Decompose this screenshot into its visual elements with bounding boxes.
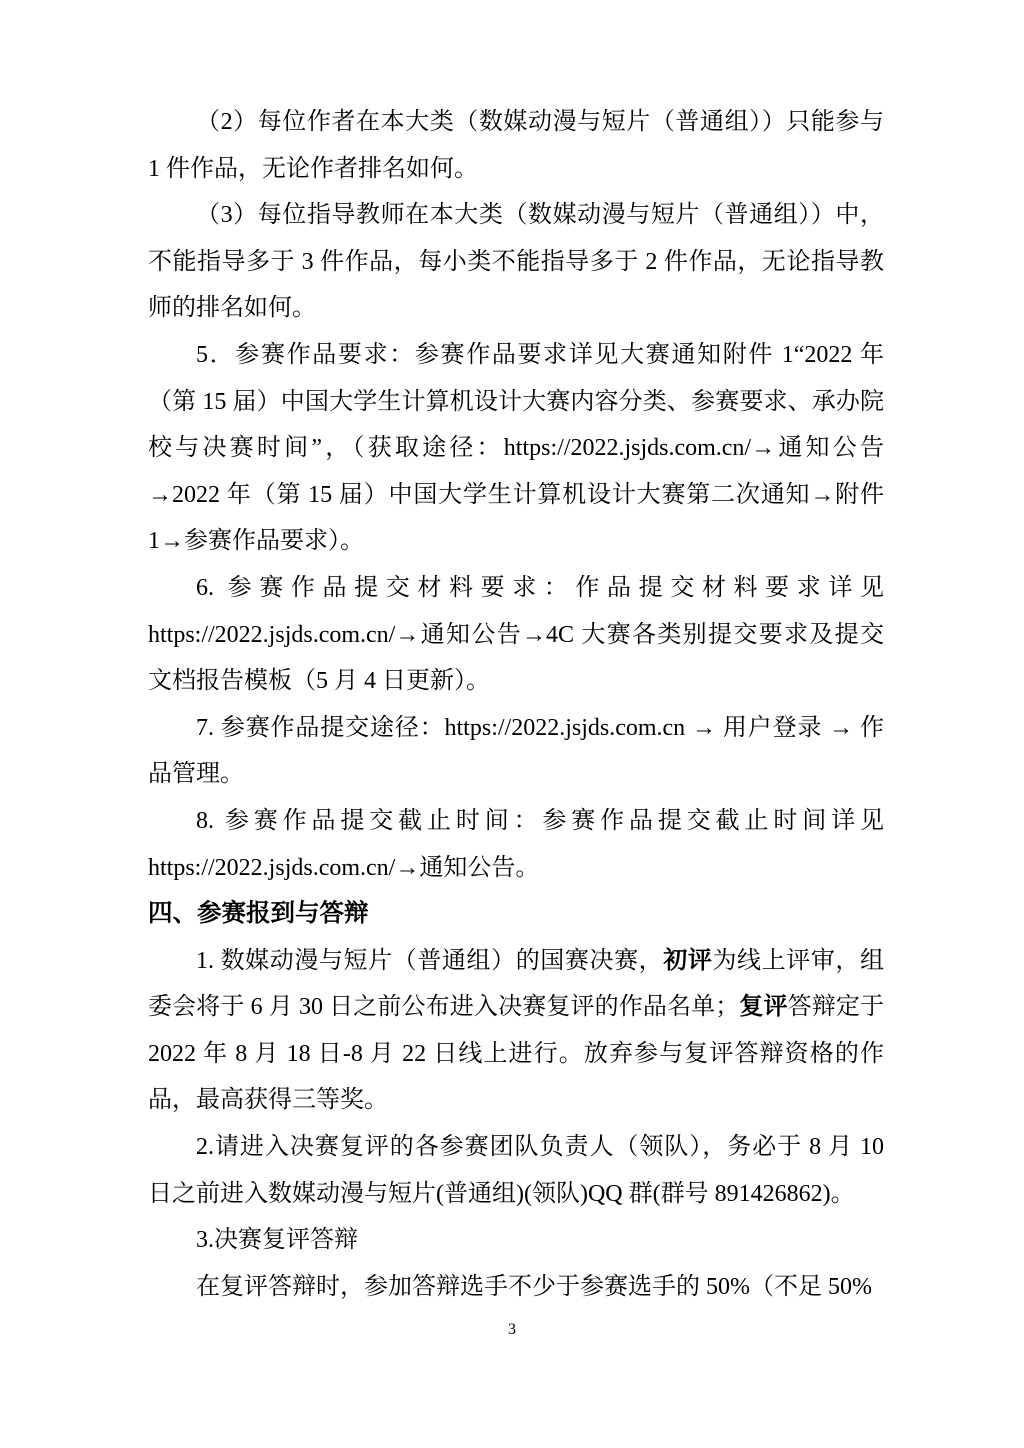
text-run-bold-fuping: 复评 <box>739 994 787 1020</box>
text-run-bold-chuping: 初评 <box>663 948 712 974</box>
page-number: 3 <box>508 1321 516 1338</box>
paragraph-advisor-limit: （3）每位指导教师在本大类（数媒动漫与短片（普通组））中，不能指导多于 3 件作… <box>148 192 884 332</box>
text-run: 1. 数媒动漫与短片（普通组）的国赛决赛， <box>196 948 663 974</box>
page-footer: 3 <box>0 1320 1024 1340</box>
paragraph-item-6-material-requirements: 6. 参赛作品提交材料要求：作品提交材料要求详见 https://2022.js… <box>148 565 884 705</box>
paragraph-author-limit: （2）每位作者在本大类（数媒动漫与短片（普通组））只能参与 1 件作品，无论作者… <box>148 99 884 192</box>
section-heading-registration-defense: 四、参赛报到与答辩 <box>148 891 884 938</box>
document-body: （2）每位作者在本大类（数媒动漫与短片（普通组））只能参与 1 件作品，无论作者… <box>148 99 884 1310</box>
paragraph-item-8-deadline: 8. 参赛作品提交截止时间：参赛作品提交截止时间详见 https://2022.… <box>148 798 884 891</box>
paragraph-defense-item-3: 3.决赛复评答辩 <box>148 1217 884 1264</box>
paragraph-item-5-work-requirements: 5．参赛作品要求：参赛作品要求详见大赛通知附件 1“2022 年（第 15 届）… <box>148 332 884 565</box>
paragraph-defense-ratio: 在复评答辩时，参加答辩选手不少于参赛选手的 50%（不足 50% <box>148 1264 884 1311</box>
paragraph-defense-item-2-qq-group: 2.请进入决赛复评的各参赛团队负责人（领队），务必于 8 月 10 日之前进入数… <box>148 1124 884 1217</box>
document-page: { "page": { "background": "#ffffff", "te… <box>0 0 1024 1448</box>
paragraph-item-7-submission-path: 7. 参赛作品提交途径：https://2022.jsjds.com.cn → … <box>148 705 884 798</box>
paragraph-defense-item-1: 1. 数媒动漫与短片（普通组）的国赛决赛，初评为线上评审，组委会将于 6 月 3… <box>148 938 884 1124</box>
